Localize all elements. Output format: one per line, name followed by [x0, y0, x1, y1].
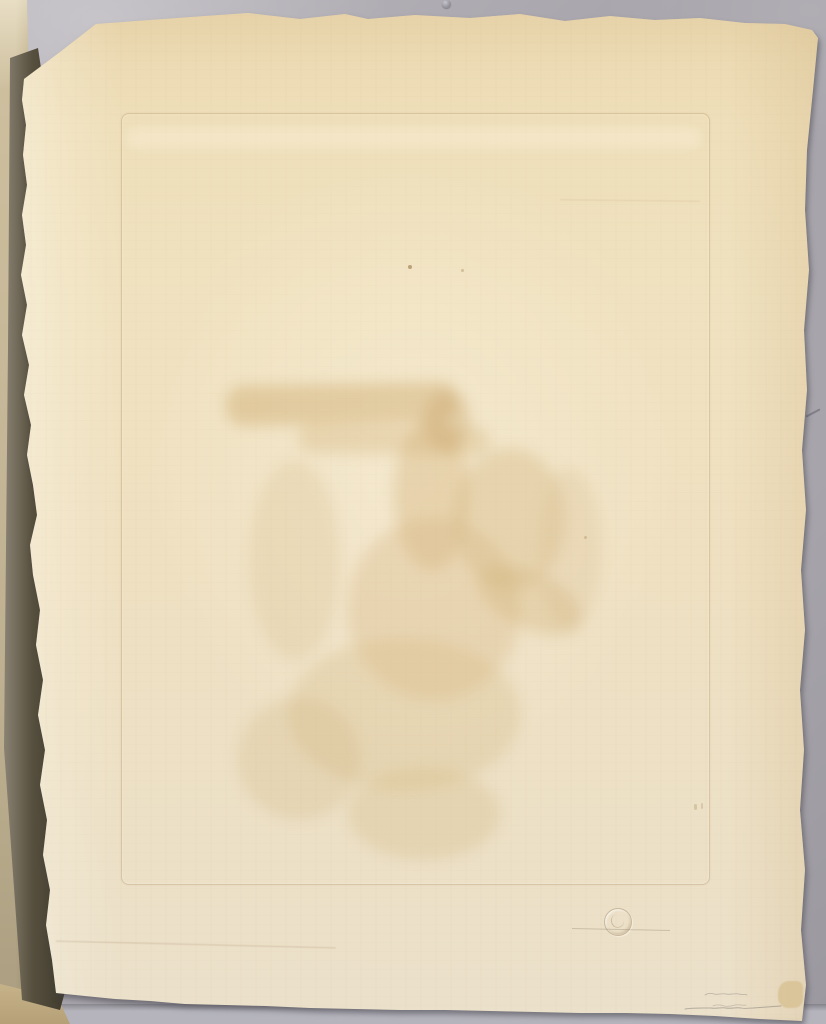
- foxing-speck: [408, 265, 412, 269]
- foxing-speck: [461, 269, 464, 272]
- photo-stage: [0, 0, 826, 1024]
- foxing-speck: [694, 804, 697, 810]
- plate-light-band: [126, 127, 701, 149]
- paper-tape-remnant: [778, 981, 803, 1008]
- plate-mark: [121, 113, 710, 885]
- paper-sheet: [0, 0, 826, 1024]
- crease-line: [56, 941, 336, 949]
- foxing-speck: [701, 803, 703, 809]
- paper-sheet-shadow-wrap: [0, 0, 826, 1024]
- blind-stamp: [604, 908, 632, 936]
- foxing-speck: [584, 536, 587, 539]
